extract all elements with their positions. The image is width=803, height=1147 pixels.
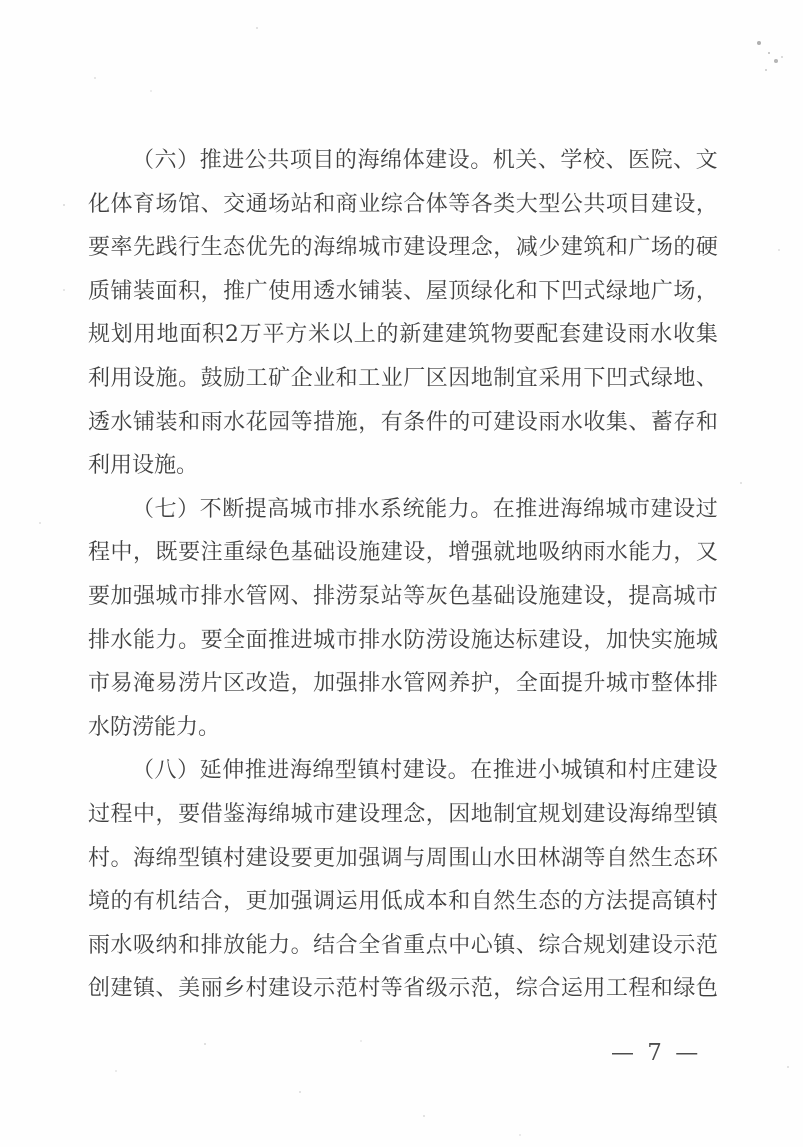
text-line: 要加强城市排水管网、排涝泵站等灰色基础设施建设，提高城市: [88, 575, 718, 619]
text-line: 利用设施。鼓励工矿企业和工业厂区因地制宜采用下凹式绿地、: [88, 357, 718, 401]
text-line: 规划用地面积2万平方米以上的新建建筑物要配套建设雨水收集: [88, 313, 718, 357]
text-line: 市易淹易涝片区改造，加强排水管网养护，全面提升城市整体排: [88, 662, 718, 706]
text-line: （七）不断提高城市排水系统能力。在推进海绵城市建设过: [88, 488, 718, 532]
text-line: 村。海绵型镇村建设要更加强调与周围山水田林湖等自然生态环: [88, 837, 718, 881]
text-line: 透水铺装和雨水花园等措施，有条件的可建设雨水收集、蓄存和: [88, 401, 718, 445]
text-line: 境的有机结合，更加强调运用低成本和自然生态的方法提高镇村: [88, 880, 718, 924]
text-line: 创建镇、美丽乡村建设示范村等省级示范，综合运用工程和绿色: [88, 967, 718, 1011]
paragraph-section-7: （七）不断提高城市排水系统能力。在推进海绵城市建设过 程中，既要注重绿色基础设施…: [88, 488, 718, 750]
paragraph-section-6: （六）推进公共项目的海绵体建设。机关、学校、医院、文 化体育场馆、交通场站和商业…: [88, 139, 718, 488]
text-line: 质铺装面积，推广使用透水铺装、屋顶绿化和下凹式绿地广场，: [88, 270, 718, 314]
text-line-paragraph-end: 水防涝能力。: [88, 706, 718, 750]
paragraph-section-8: （八）延伸推进海绵型镇村建设。在推进小城镇和村庄建设 过程中，要借鉴海绵城市建设…: [88, 749, 718, 1011]
text-line: 雨水吸纳和排放能力。结合全省重点中心镇、综合规划建设示范: [88, 924, 718, 968]
text-line: 过程中，要借鉴海绵城市建设理念，因地制宜规划建设海绵型镇: [88, 793, 718, 837]
text-line: 程中，既要注重绿色基础设施建设，增强就地吸纳雨水能力，又: [88, 531, 718, 575]
text-line: 排水能力。要全面推进城市排水防涝设施达标建设，加快实施城: [88, 619, 718, 663]
text-line: （六）推进公共项目的海绵体建设。机关、学校、医院、文: [88, 139, 718, 183]
scan-noise-speckles: [0, 0, 2, 2]
document-text-body: （六）推进公共项目的海绵体建设。机关、学校、医院、文 化体育场馆、交通场站和商业…: [88, 139, 718, 1011]
text-line: 要率先践行生态优先的海绵城市建设理念，减少建筑和广场的硬: [88, 226, 718, 270]
scanned-document-page: （六）推进公共项目的海绵体建设。机关、学校、医院、文 化体育场馆、交通场站和商业…: [0, 0, 803, 1147]
text-line: 化体育场馆、交通场站和商业综合体等各类大型公共项目建设，: [88, 183, 718, 227]
text-line: （八）延伸推进海绵型镇村建设。在推进小城镇和村庄建设: [88, 749, 718, 793]
text-line-paragraph-end: 利用设施。: [88, 444, 718, 488]
page-number: — 7 —: [611, 1040, 701, 1066]
